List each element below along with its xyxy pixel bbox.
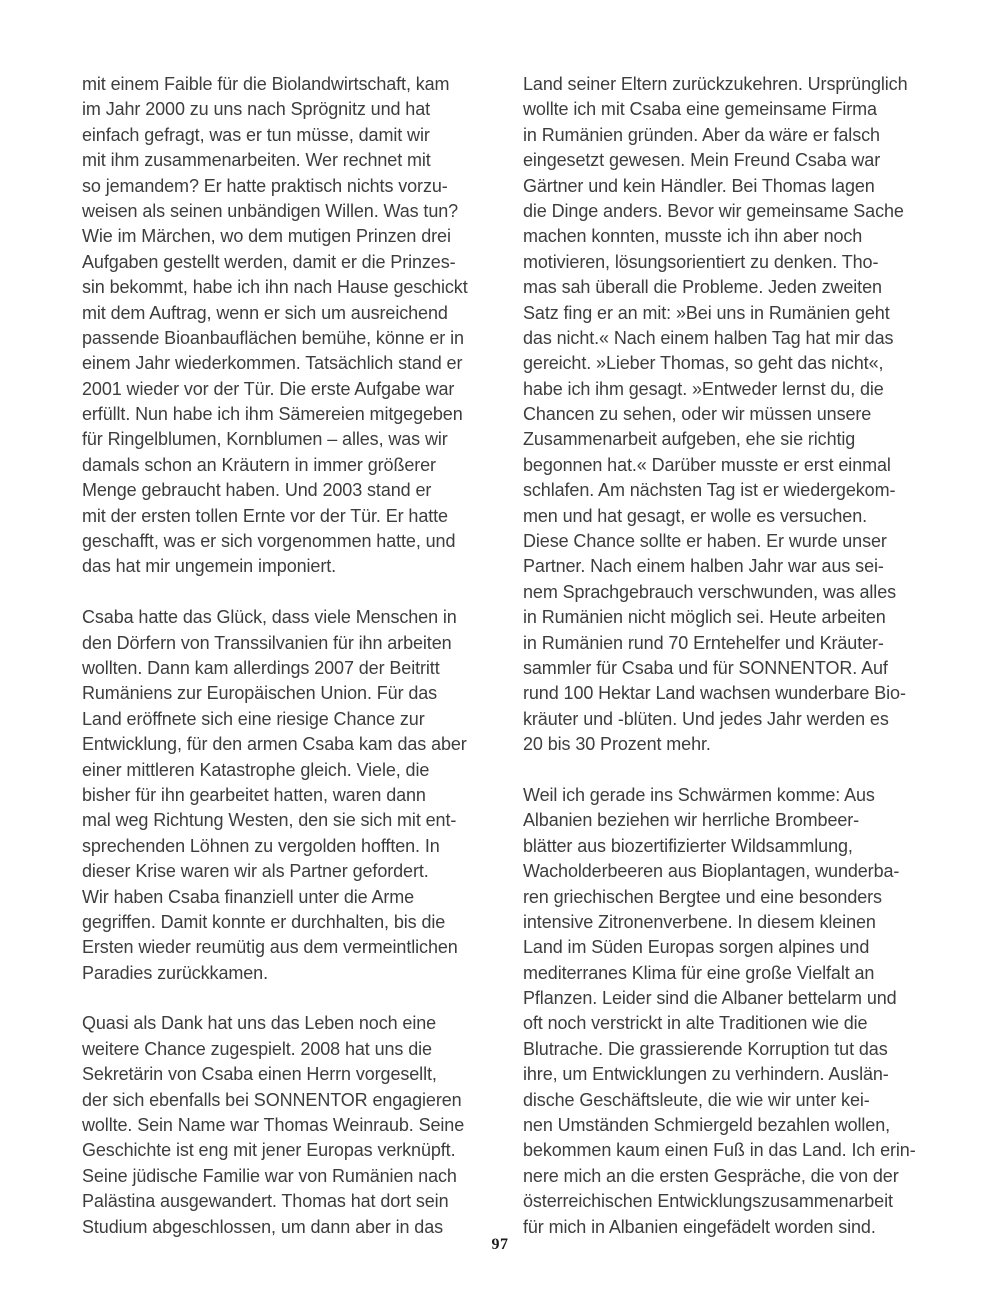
text-line: Diese Chance sollte er haben. Er wurde u… <box>523 529 947 554</box>
paragraph: Weil ich gerade ins Schwärmen komme: Aus… <box>523 783 947 1240</box>
text-line: die Dinge anders. Bevor wir gemeinsame S… <box>523 199 947 224</box>
text-line: gegriffen. Damit konnte er durchhalten, … <box>82 910 506 935</box>
text-line: erfüllt. Nun habe ich ihm Sämereien mitg… <box>82 402 506 427</box>
text-line: nem Sprachgebrauch verschwunden, was all… <box>523 580 947 605</box>
text-line: wollten. Dann kam allerdings 2007 der Be… <box>82 656 506 681</box>
text-line: einfach gefragt, was er tun müsse, damit… <box>82 123 506 148</box>
text-line: in Rumänien gründen. Aber da wäre er fal… <box>523 123 947 148</box>
text-line: nen Umständen Schmiergeld bezahlen wolle… <box>523 1113 947 1138</box>
text-line: eingesetzt gewesen. Mein Freund Csaba wa… <box>523 148 947 173</box>
text-line: schlafen. Am nächsten Tag ist er wiederg… <box>523 478 947 503</box>
text-line: weitere Chance zugespielt. 2008 hat uns … <box>82 1037 506 1062</box>
text-line: Geschichte ist eng mit jener Europas ver… <box>82 1138 506 1163</box>
text-line: nere mich an die ersten Gespräche, die v… <box>523 1164 947 1189</box>
text-line: Quasi als Dank hat uns das Leben noch ei… <box>82 1011 506 1036</box>
text-line: Weil ich gerade ins Schwärmen komme: Aus <box>523 783 947 808</box>
paragraph: Quasi als Dank hat uns das Leben noch ei… <box>82 1011 506 1240</box>
text-line: Wie im Märchen, wo dem mutigen Prinzen d… <box>82 224 506 249</box>
text-line: Wir haben Csaba finanziell unter die Arm… <box>82 885 506 910</box>
text-line: mit einem Faible für die Biolandwirtscha… <box>82 72 506 97</box>
text-line: Sekretärin von Csaba einen Herrn vorgese… <box>82 1062 506 1087</box>
text-line: sprechenden Löhnen zu vergolden hofften.… <box>82 834 506 859</box>
text-line: Land eröffnete sich eine riesige Chance … <box>82 707 506 732</box>
text-line: passende Bioanbauflächen bemühe, könne e… <box>82 326 506 351</box>
text-line: Land seiner Eltern zurückzukehren. Urspr… <box>523 72 947 97</box>
text-line: kräuter und -blüten. Und jedes Jahr werd… <box>523 707 947 732</box>
text-line: einer mittleren Katastrophe gleich. Viel… <box>82 758 506 783</box>
text-line: motivieren, lösungsorientiert zu denken.… <box>523 250 947 275</box>
text-line: einem Jahr wiederkommen. Tatsächlich sta… <box>82 351 506 376</box>
text-column-right: Land seiner Eltern zurückzukehren. Urspr… <box>523 72 947 1265</box>
text-line: bekommen kaum einen Fuß in das Land. Ich… <box>523 1138 947 1163</box>
text-line: mas sah überall die Probleme. Jeden zwei… <box>523 275 947 300</box>
text-line: Paradies zurückkamen. <box>82 961 506 986</box>
text-line: weisen als seinen unbändigen Willen. Was… <box>82 199 506 224</box>
text-line: bisher für ihn gearbeitet hatten, waren … <box>82 783 506 808</box>
text-line: machen konnten, musste ich ihn aber noch <box>523 224 947 249</box>
paragraph: Csaba hatte das Glück, dass viele Mensch… <box>82 605 506 986</box>
text-line: Pflanzen. Leider sind die Albaner bettel… <box>523 986 947 1011</box>
text-line: ihre, um Entwicklungen zu verhindern. Au… <box>523 1062 947 1087</box>
text-line: Blutrache. Die grassierende Korruption t… <box>523 1037 947 1062</box>
text-line: mediterranes Klima für eine große Vielfa… <box>523 961 947 986</box>
text-column-left: mit einem Faible für die Biolandwirtscha… <box>82 72 506 1265</box>
text-line: Ersten wieder reumütig aus dem vermeintl… <box>82 935 506 960</box>
text-line: Satz fing er an mit: »Bei uns in Rumänie… <box>523 301 947 326</box>
text-line: Rumäniens zur Europäischen Union. Für da… <box>82 681 506 706</box>
text-line: das hat mir ungemein imponiert. <box>82 554 506 579</box>
text-line: den Dörfern von Transsilvanien für ihn a… <box>82 631 506 656</box>
text-line: habe ich ihm gesagt. »Entweder lernst du… <box>523 377 947 402</box>
text-line: sin bekommt, habe ich ihn nach Hause ges… <box>82 275 506 300</box>
text-line: sammler für Csaba und für SONNENTOR. Auf <box>523 656 947 681</box>
text-line: oft noch verstrickt in alte Traditionen … <box>523 1011 947 1036</box>
text-line: Land im Süden Europas sorgen alpines und <box>523 935 947 960</box>
paragraph: mit einem Faible für die Biolandwirtscha… <box>82 72 506 580</box>
text-line: Partner. Nach einem halben Jahr war aus … <box>523 554 947 579</box>
text-line: Albanien beziehen wir herrliche Brombeer… <box>523 808 947 833</box>
text-line: men und hat gesagt, er wolle es versuche… <box>523 504 947 529</box>
text-line: Menge gebraucht haben. Und 2003 stand er <box>82 478 506 503</box>
text-line: Aufgaben gestellt werden, damit er die P… <box>82 250 506 275</box>
text-line: 2001 wieder vor der Tür. Die erste Aufga… <box>82 377 506 402</box>
text-line: im Jahr 2000 zu uns nach Sprögnitz und h… <box>82 97 506 122</box>
text-line: der sich ebenfalls bei SONNENTOR engagie… <box>82 1088 506 1113</box>
text-line: für Ringelblumen, Kornblumen – alles, wa… <box>82 427 506 452</box>
book-page: mit einem Faible für die Biolandwirtscha… <box>0 0 1000 1290</box>
paragraph: Land seiner Eltern zurückzukehren. Urspr… <box>523 72 947 758</box>
text-line: österreichischen Entwicklungszusammenarb… <box>523 1189 947 1214</box>
text-line: dieser Krise waren wir als Partner gefor… <box>82 859 506 884</box>
text-line: in Rumänien nicht möglich sei. Heute arb… <box>523 605 947 630</box>
text-line: mal weg Richtung Westen, den sie sich mi… <box>82 808 506 833</box>
text-line: Entwicklung, für den armen Csaba kam das… <box>82 732 506 757</box>
text-line: dische Geschäftsleute, die wie wir unter… <box>523 1088 947 1113</box>
text-line: 20 bis 30 Prozent mehr. <box>523 732 947 757</box>
text-line: Chancen zu sehen, oder wir müssen unsere <box>523 402 947 427</box>
text-line: mit dem Auftrag, wenn er sich um ausreic… <box>82 301 506 326</box>
text-line: Zusammenarbeit aufgeben, ehe sie richtig <box>523 427 947 452</box>
text-line: wollte ich mit Csaba eine gemeinsame Fir… <box>523 97 947 122</box>
text-line: Csaba hatte das Glück, dass viele Mensch… <box>82 605 506 630</box>
text-line: in Rumänien rund 70 Erntehelfer und Kräu… <box>523 631 947 656</box>
text-line: Seine jüdische Familie war von Rumänien … <box>82 1164 506 1189</box>
text-line: Palästina ausgewandert. Thomas hat dort … <box>82 1189 506 1214</box>
text-line: gereicht. »Lieber Thomas, so geht das ni… <box>523 351 947 376</box>
text-line: Wacholderbeeren aus Bioplantagen, wunder… <box>523 859 947 884</box>
text-line: wollte. Sein Name war Thomas Weinraub. S… <box>82 1113 506 1138</box>
text-line: so jemandem? Er hatte praktisch nichts v… <box>82 174 506 199</box>
text-line: mit ihm zusammenarbeiten. Wer rechnet mi… <box>82 148 506 173</box>
text-line: damals schon an Kräutern in immer größer… <box>82 453 506 478</box>
text-line: mit der ersten tollen Ernte vor der Tür.… <box>82 504 506 529</box>
text-line: Gärtner und kein Händler. Bei Thomas lag… <box>523 174 947 199</box>
text-line: das nicht.« Nach einem halben Tag hat mi… <box>523 326 947 351</box>
text-line: intensive Zitronenverbene. In diesem kle… <box>523 910 947 935</box>
text-line: begonnen hat.« Darüber musste er erst ei… <box>523 453 947 478</box>
text-line: geschafft, was er sich vorgenommen hatte… <box>82 529 506 554</box>
text-line: ren griechischen Bergtee und eine besond… <box>523 885 947 910</box>
page-number: 97 <box>0 1236 1000 1254</box>
text-line: rund 100 Hektar Land wachsen wunderbare … <box>523 681 947 706</box>
text-line: blätter aus biozertifizierter Wildsammlu… <box>523 834 947 859</box>
